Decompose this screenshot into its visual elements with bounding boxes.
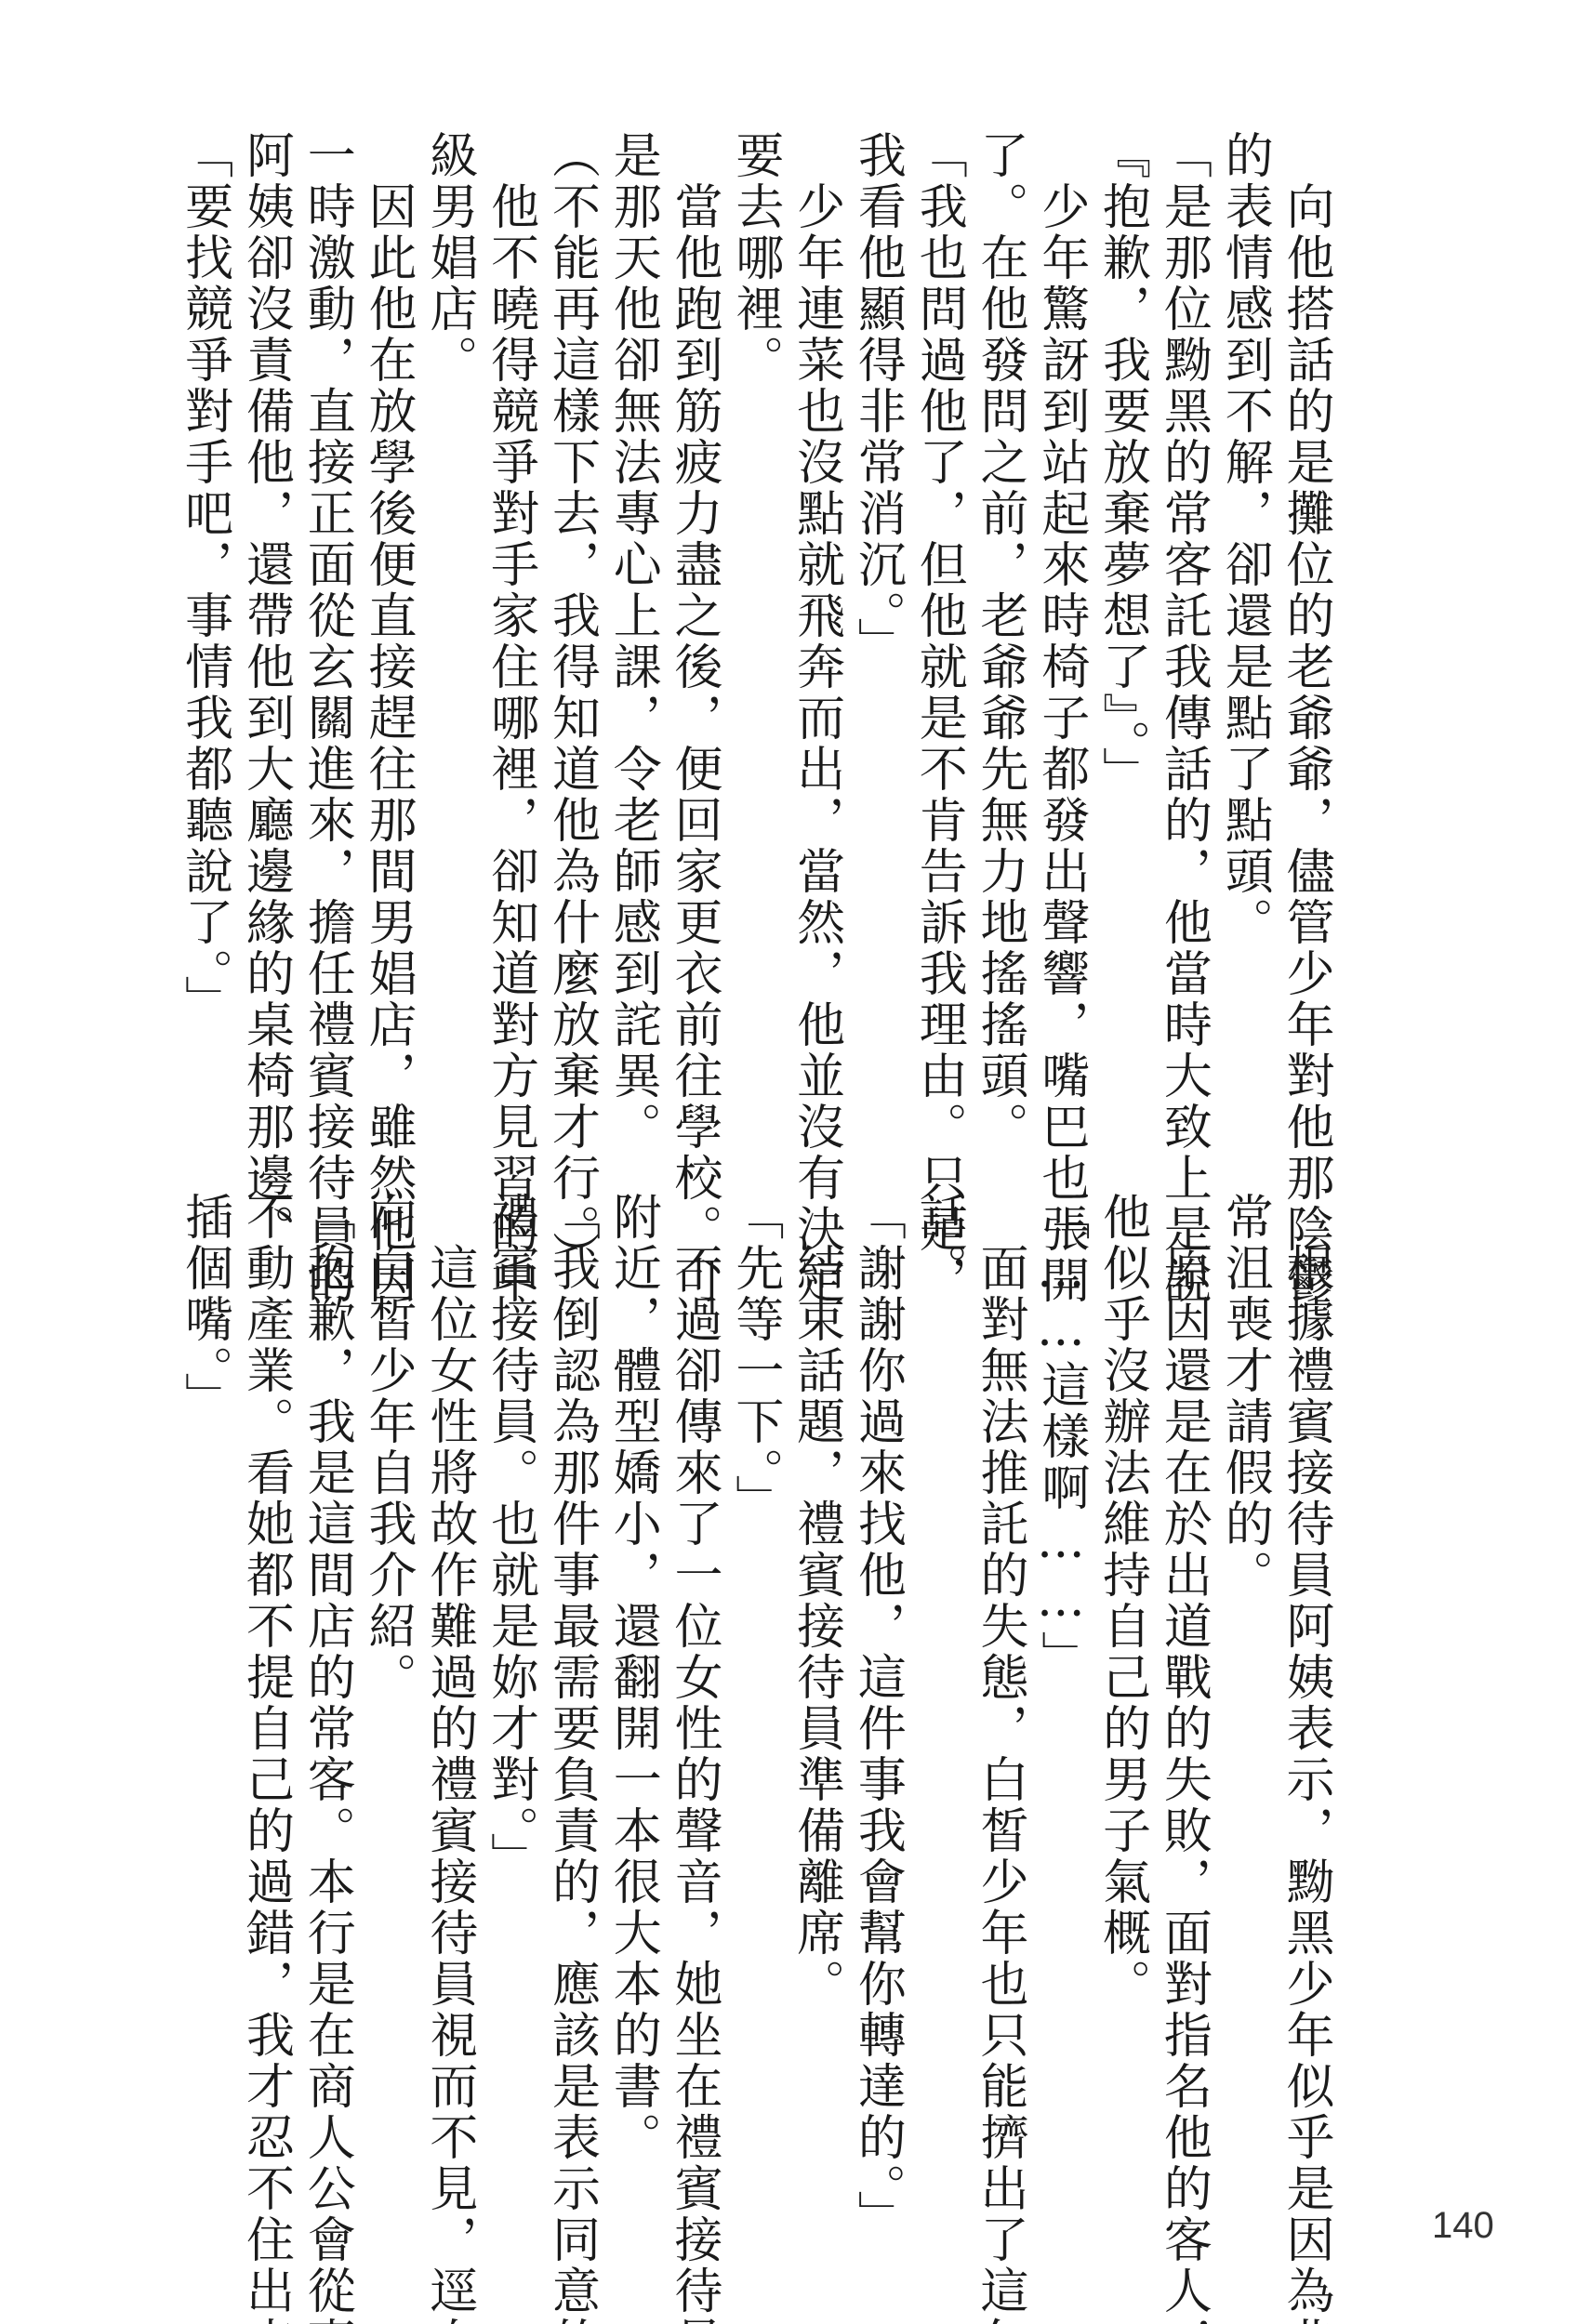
text-column: 少年連菜也沒點就飛奔而出，當然，他並沒有決定 [785, 130, 846, 1125]
text-column: 因此他在放學後便直接趕往那間男娼店，雖然他因 [356, 130, 417, 1125]
text-column: 插個嘴。」 [173, 1192, 234, 2196]
text-column: 結束話題，禮賓接待員準備離席。 [785, 1192, 846, 2196]
text-column: 這位女性將故作難過的禮賓接待員視而不見，逕自 [417, 1192, 479, 2196]
text-column: 根據禮賓接待員阿姨表示，黝黑少年似乎是因為非 [1274, 1192, 1335, 2196]
text-column: 阿姨卻沒責備他，還帶他到大廳邊緣的桌椅那邊。 [234, 130, 296, 1125]
text-column: 附近，體型嬌小，還翻開一本很大本的書。 [601, 1192, 662, 2196]
text-column: 「抱歉，我是這間店的常客。本行是在商人公會從事 [295, 1192, 356, 2196]
text-column: 我看他顯得非常消沉。」 [846, 130, 908, 1125]
text-block-bottom: 根據禮賓接待員阿姨表示，黝黑少年似乎是因為非 常沮喪才請假的。 原因還是在於出道… [173, 1192, 1335, 2196]
page-number: 140 [1432, 2205, 1494, 2247]
text-column: 話。 [907, 1192, 968, 2196]
text-column: 是那天他卻無法專心上課，令老師感到詫異。 [601, 130, 662, 1125]
text-column: 禮賓接待員。也就是妳才對。」 [479, 1192, 540, 2196]
text-column: 少年驚訝到站起來時椅子都發出聲響，嘴巴也張開 [1029, 130, 1091, 1125]
text-column: 面對無法推託的失態，白皙少年也只能擠出了這句 [968, 1192, 1029, 2196]
text-column: 「我倒認為那件事最需要負責的，應該是表示同意的 [540, 1192, 602, 2196]
text-column: 向白皙少年自我介紹。 [356, 1192, 417, 2196]
text-column: 『抱歉，我要放棄夢想了』。」 [1091, 130, 1152, 1125]
text-column: 了。在他發問之前，老爺爺先無力地搖搖頭。 [968, 130, 1029, 1125]
text-column: 一時激動，直接正面從玄關進來，擔任禮賓接待員的 [295, 130, 356, 1125]
text-column: 不動產業。看她都不提自己的過錯，我才忍不住出來 [234, 1192, 296, 2196]
text-column: 常沮喪才請假的。 [1213, 1192, 1274, 2196]
text-column: 要去哪裡。 [723, 130, 785, 1125]
text-column: 原因還是在於出道戰的失敗，面對指名他的客人， [1152, 1192, 1213, 2196]
text-column: 「先等一下。」 [723, 1192, 785, 2196]
text-column: （不能再這樣下去，我得知道他為什麼放棄才行。） [540, 130, 602, 1125]
text-column: 向他搭話的是攤位的老爺爺，儘管少年對他那陰鬱 [1274, 130, 1335, 1125]
text-column: 級男娼店。 [417, 130, 479, 1125]
text-column: 「是那位黝黑的常客託我傳話的，他當時大致上是說 [1152, 130, 1213, 1125]
text-column: 的表情感到不解，卻還是點了點頭。 [1213, 130, 1274, 1125]
text-column: 「我也問過他了，但他就是不肯告訴我理由。只是， [907, 130, 968, 1125]
text-column: 「要找競爭對手吧，事情我都聽說了。」 [173, 130, 234, 1125]
text-column: 「謝謝你過來找他，這件事我會幫你轉達的。」 [846, 1192, 908, 2196]
text-column: 不過卻傳來了一位女性的聲音，她坐在禮賓接待員 [662, 1192, 723, 2196]
text-column: 「……這樣啊……」 [1029, 1192, 1091, 2196]
text-block-top: 向他搭話的是攤位的老爺爺，儘管少年對他那陰鬱 的表情感到不解，卻還是點了點頭。 … [173, 130, 1335, 1125]
text-column: 他不曉得競爭對手家住哪裡，卻知道對方見習的中 [479, 130, 540, 1125]
text-column: 當他跑到筋疲力盡之後，便回家更衣前往學校。可 [662, 130, 723, 1125]
text-column: 他似乎沒辦法維持自己的男子氣概。 [1091, 1192, 1152, 2196]
